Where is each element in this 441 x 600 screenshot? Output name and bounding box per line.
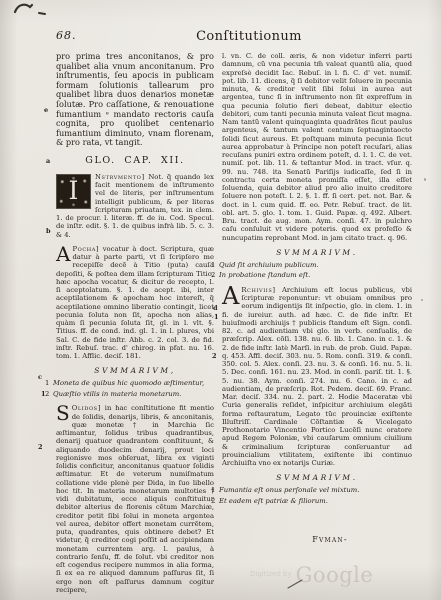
gloss-b-text: vocatur à doct. Scriptura, quæ datur à p… (56, 245, 214, 360)
ornate-dropcap-I: I (56, 174, 91, 209)
dropcap-A: A (222, 286, 241, 306)
summarium-item-text: Et eadem eſt patriæ & filiorum. (219, 496, 412, 507)
gloss-d-text: Archiuium eſt locus publicus, vbi ſcript… (222, 286, 412, 467)
gloss-c-lemma: Olidos] (72, 404, 101, 412)
page-number: 68. (56, 29, 77, 42)
gloss-c-paragraph: S Olidos] in hac conſtitutione fit menti… (56, 404, 214, 594)
dropcap-A: A (56, 245, 72, 262)
summarium-item-text: Quid ſit archiuium publicum. (219, 260, 412, 271)
gloss-ref-marker-c: c (38, 374, 42, 381)
summarium-item-text: In probatione ſtandum eſt. (219, 270, 412, 281)
summarium-heading: SVMMARIVM. (222, 248, 412, 257)
google-watermark: Digitized byGoogle (250, 563, 400, 587)
summarium-item-text: Moneta de quibus hic quomodo æſtimentur, (53, 378, 214, 389)
gloss-ref-marker-a: a (46, 158, 50, 165)
gloss-ref-marker-e: e (44, 107, 48, 114)
gloss-a-lemma: Nstrvmento] (95, 173, 145, 181)
gloss-d-paragraph: A Rchiviis] Archiuium eſt locus publicus… (222, 286, 412, 468)
gloss-c-text: in hac conſtitutione fit mentio de ſolid… (56, 404, 214, 594)
summarium-item: 2 Et eadem eſt patriæ & filiorum. (222, 496, 412, 507)
summarium-item-number: 1 (211, 260, 219, 271)
summarium-item-text: Fumantia eſt onus perſonale vel mixtum. (219, 485, 412, 496)
summarium-list: 1 Moneta de quibus hic quomodo æſtimentu… (56, 378, 214, 399)
running-title: Conſtitutionum (168, 29, 330, 44)
right-column: l. vn. C. de coll. æris, & non videtur i… (222, 52, 412, 511)
gloss-ref-marker-d: d (213, 305, 218, 312)
margin-number-1: 1 (214, 314, 219, 321)
margin-number-2: 2 (38, 444, 43, 451)
scan-speck (424, 178, 426, 181)
chapter-heading: GLO. CAP. XII. (56, 155, 214, 166)
summarium-heading: SVMMARIVM, (56, 366, 214, 375)
summarium-item-number: 2 (211, 270, 219, 281)
scan-speck (421, 299, 423, 301)
gloss-d-lemma: Rchiviis] (241, 286, 275, 294)
summarium-item: 1 Moneta de quibus hic quomodo æſtimentu… (56, 378, 214, 389)
summarium-item-number: 1 (45, 378, 53, 389)
left-column: pro prima tres anconitanos, & pro qualib… (56, 52, 214, 600)
summarium-item-text: Quæſtio vtilis in materia monetarum. (53, 389, 214, 400)
summarium-item: 2 In probatione ſtandum eſt. (222, 270, 412, 281)
continuation-paragraph: l. vn. C. de coll. æris, & non videtur i… (222, 52, 412, 242)
summarium-item: 2 Quæſtio vtilis in materia monetarum. (56, 389, 214, 400)
margin-number-2: 2 (212, 353, 217, 360)
summarium-item-number: 1 (211, 485, 219, 496)
ink-mark-icon (12, 0, 58, 18)
gloss-a-paragraph: I Nstrvmento] Not. q̃ quando lex facit m… (56, 173, 214, 239)
gloss-b-paragraph: A Pocha] vocatur à doct. Scriptura, quæ … (56, 245, 214, 361)
catchword: Fvman- (290, 535, 370, 544)
summarium-item: 1 Fumantia eſt onus perſonale vel mixtum… (222, 485, 412, 496)
summarium-item-number: 2 (45, 389, 53, 400)
pen-stroke-icon (286, 576, 306, 590)
gloss-b-lemma: Pocha] (72, 245, 99, 253)
summarium-list: 1 Fumantia eſt onus perſonale vel mixtum… (222, 485, 412, 506)
gloss-ref-marker-b: b (46, 228, 51, 235)
summarium-list: 1 Quid ſit archiuium publicum. 2 In prob… (222, 260, 412, 281)
margin-number-1: 1 (41, 391, 46, 398)
google-logo: Google (296, 563, 374, 587)
summarium-heading: SVMMARIVM. (222, 473, 412, 482)
summarium-item: 1 Quid ſit archiuium publicum. (222, 260, 412, 271)
dropcap-S: S (56, 404, 72, 421)
book-page-scan: 68. Conſtitutionum pro prima tres anconi… (0, 0, 441, 600)
constitution-text-paragraph: pro prima tres anconitanos, & pro qualib… (56, 52, 214, 148)
summarium-item-number: 2 (211, 496, 219, 507)
